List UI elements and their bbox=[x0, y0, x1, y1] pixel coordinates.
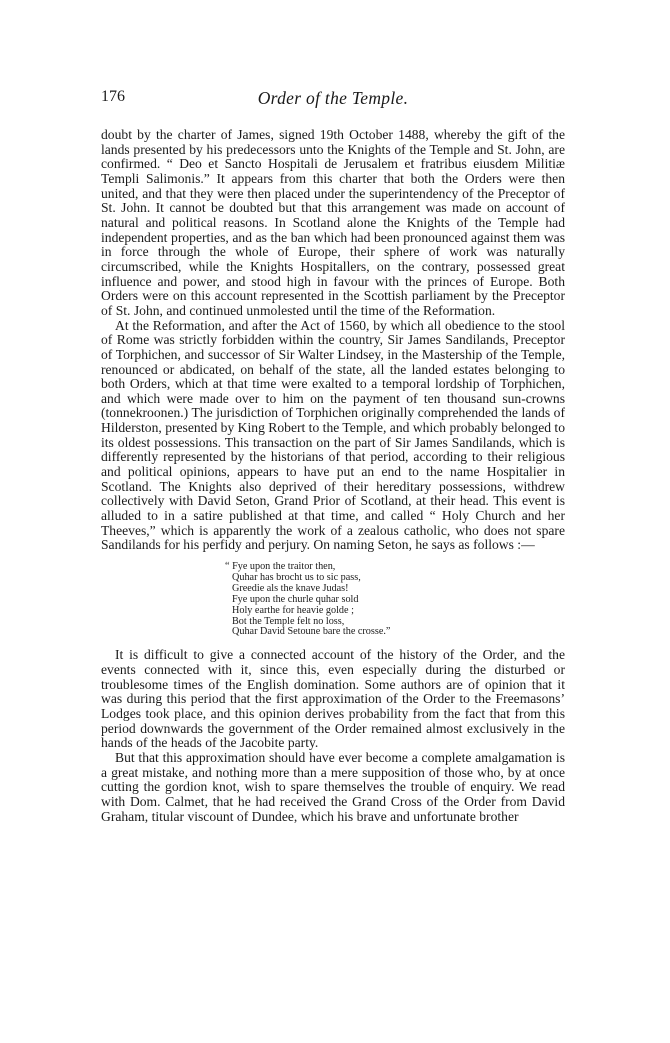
verse-line: Holy earthe for heavie golde ; bbox=[225, 606, 565, 617]
running-head: 176 Order of the Temple. bbox=[101, 88, 565, 112]
paragraph-charter-of-james: doubt by the charter of James, signed 19… bbox=[101, 128, 565, 319]
running-title: Order of the Temple. bbox=[101, 88, 565, 109]
body-text: doubt by the charter of James, signed 19… bbox=[101, 128, 565, 824]
verse-line: Quhar David Setoune bare the crosse.” bbox=[225, 627, 565, 638]
paragraph-amalgamation: But that this approximation should have … bbox=[101, 751, 565, 824]
book-page: 176 Order of the Temple. doubt by the ch… bbox=[101, 88, 565, 824]
verse-quotation: “ Fye upon the traitor then, Quhar has b… bbox=[225, 562, 565, 638]
paragraph-history-of-order: It is difficult to give a connected acco… bbox=[101, 648, 565, 751]
paragraph-reformation: At the Reformation, and after the Act of… bbox=[101, 319, 565, 554]
